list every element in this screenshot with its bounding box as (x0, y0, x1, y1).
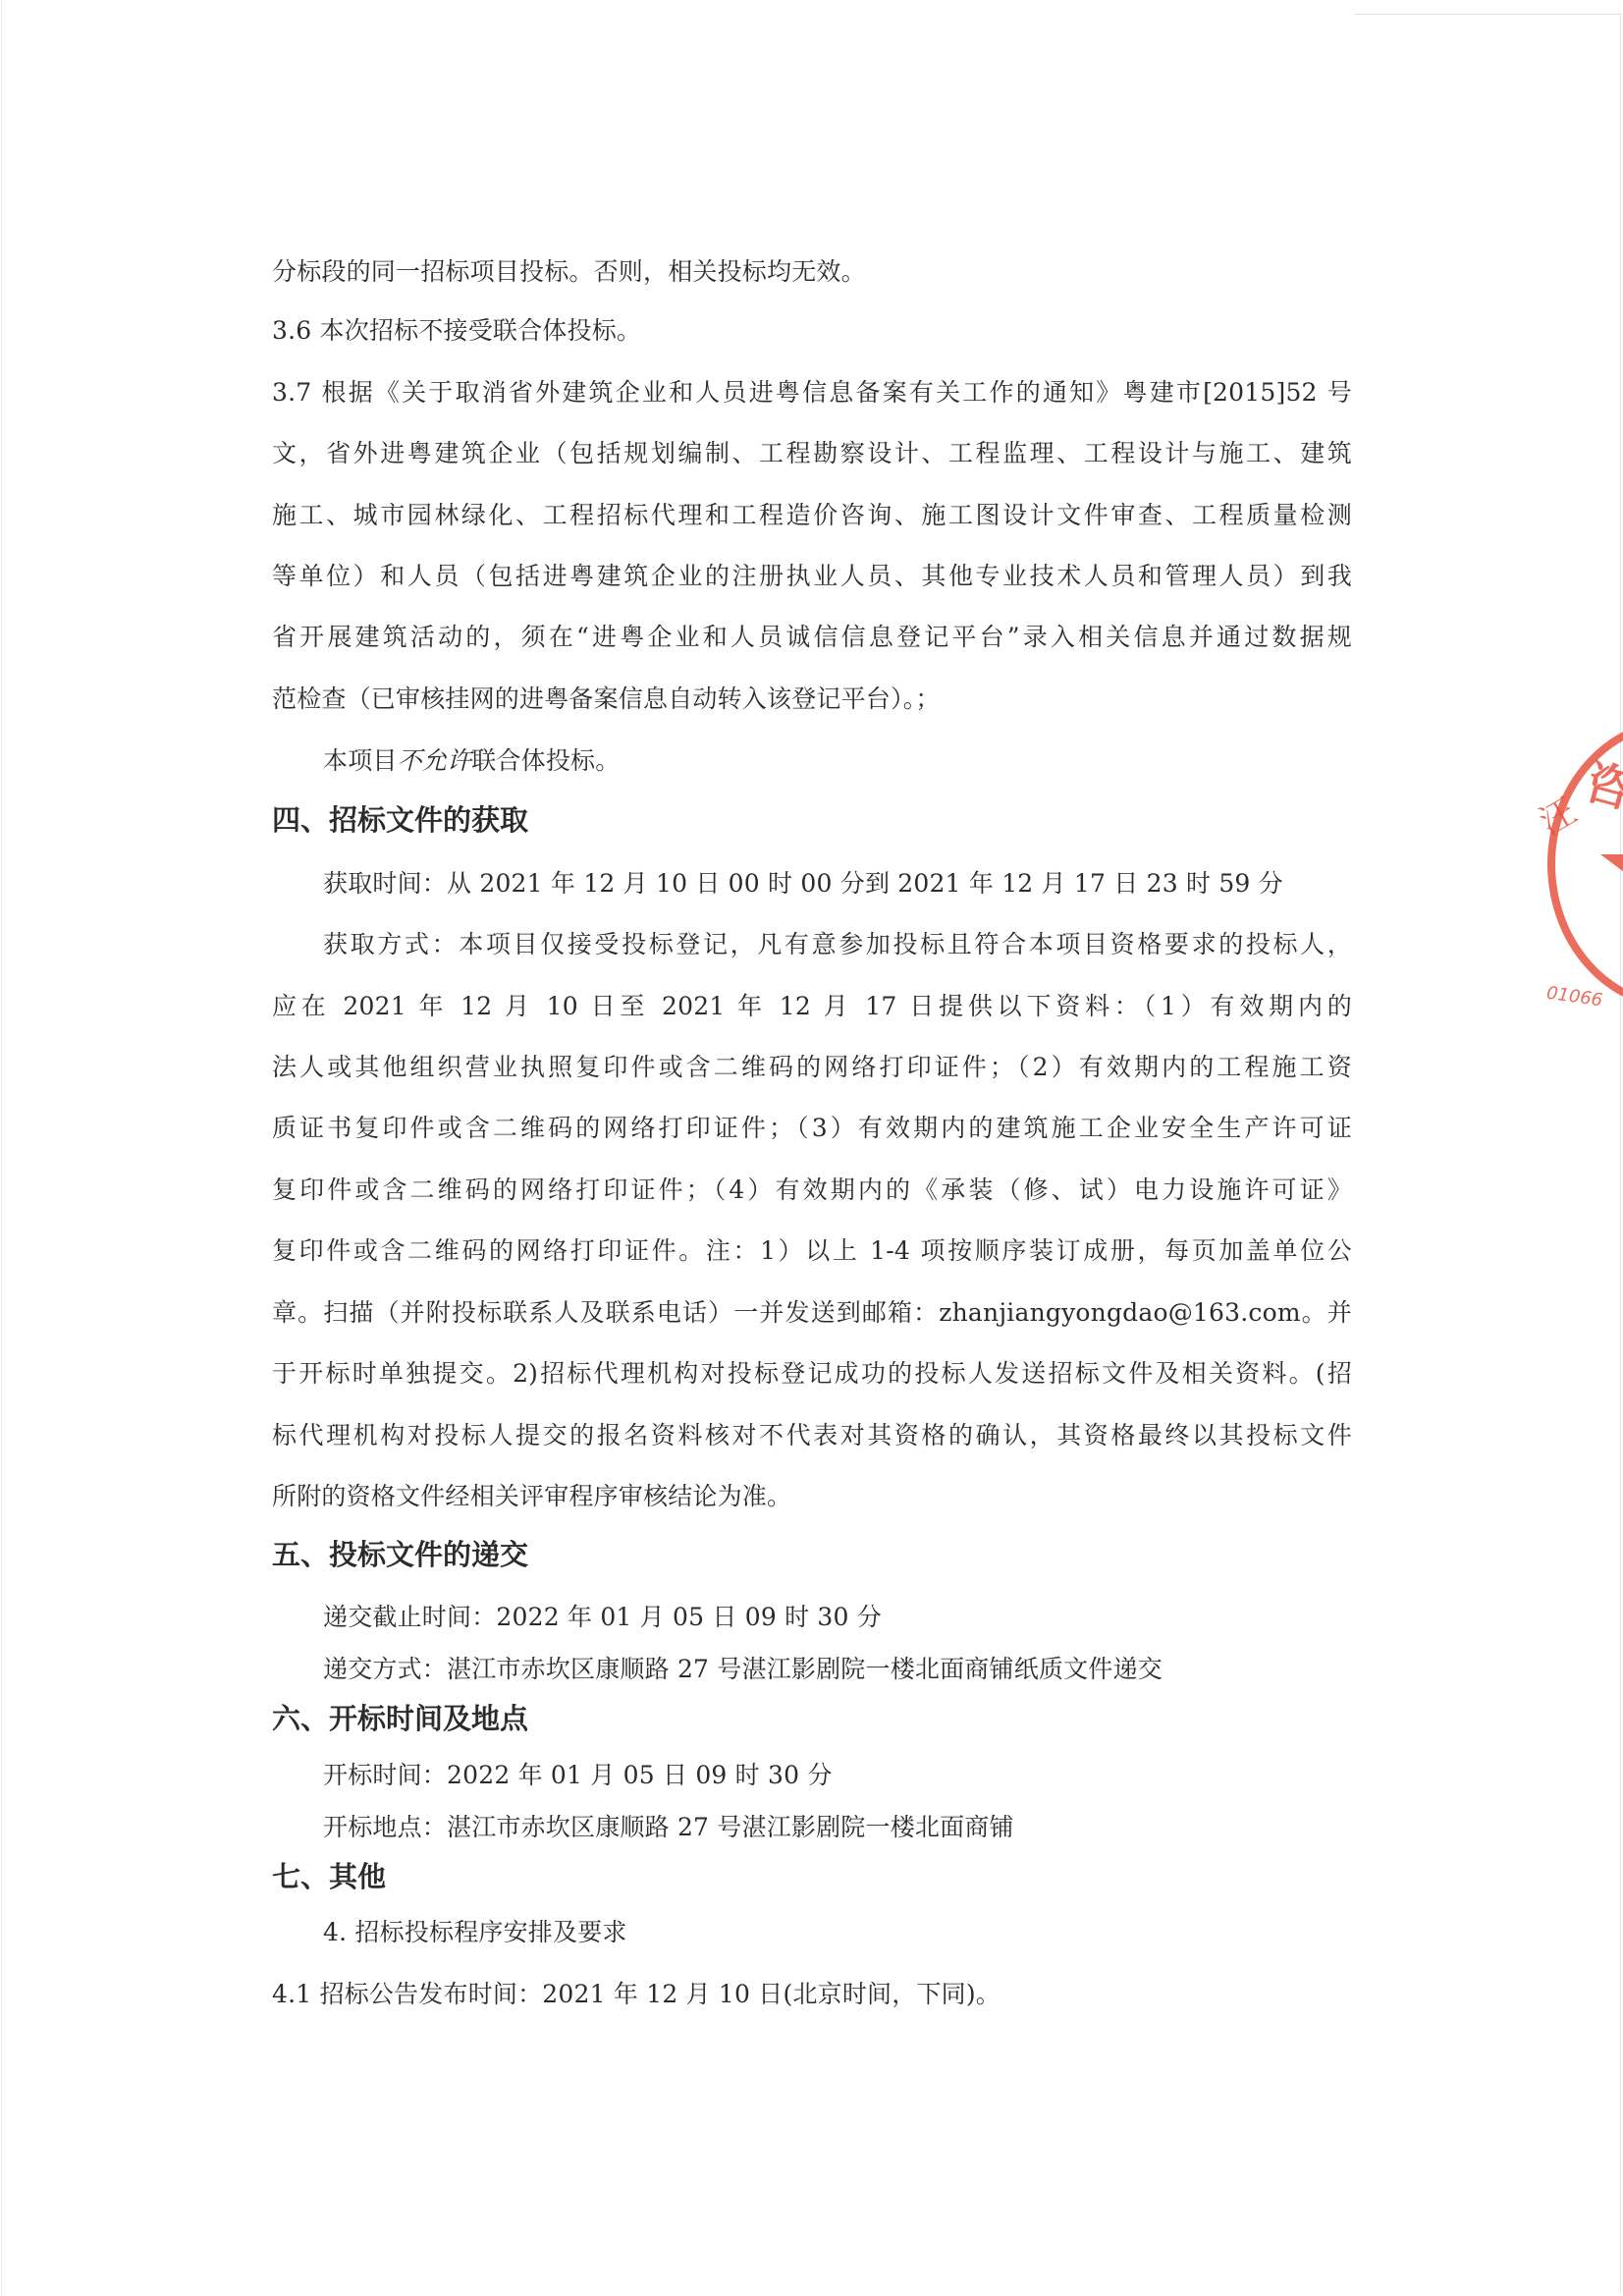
text-line: 标代理机构对投标人提交的报名资料核对不代表对其资格的确认，其资格最终以其投标文件 (272, 1421, 1352, 1450)
text-line: 复印件或含二维码的网络打印证件；（4）有效期内的《承装（修、试）电力设施许可证》 (272, 1175, 1352, 1205)
clause-3-7: 3.7 根据《关于取消省外建筑企业和人员进粤信息备案有关工作的通知》粤建市[20… (272, 378, 1352, 408)
statement-emphasis: 不允许 (398, 746, 472, 775)
clause-4-1: 4.1 招标公告发布时间：2021 年 12 月 10 日(北京时间，下同)。 (272, 1980, 1001, 2009)
section-7-heading: 七、其他 (272, 1860, 386, 1893)
statement-prefix: 本项目 (323, 746, 398, 775)
statement-suffix: 联合体投标。 (471, 746, 620, 775)
text-line: 所附的资格文件经相关评审程序审核结论为准。 (272, 1482, 791, 1511)
scan-edge-top (1355, 14, 1620, 15)
joint-bid-statement: 本项目不允许联合体投标。 (323, 746, 620, 776)
submission-deadline: 递交截止时间：2022 年 01 月 05 日 09 时 30 分 (323, 1603, 882, 1632)
acquisition-method: 获取方式：本项目仅接受投标登记，凡有意参加投标且符合本项目资格要求的投标人， (323, 930, 1352, 959)
acquisition-time: 获取时间：从 2021 年 12 月 10 日 00 时 00 分到 2021 … (323, 869, 1283, 899)
text-line: 应在 2021 年 12 月 10 日至 2021 年 12 月 17 日提供以… (272, 992, 1352, 1021)
seal-code: 01066 (1545, 983, 1604, 1011)
section-5-heading: 五、投标文件的递交 (272, 1538, 528, 1571)
opening-place: 开标地点：湛江市赤坎区康顺路 27 号湛江影剧院一楼北面商铺 (323, 1813, 1014, 1842)
text-line: 分标段的同一招标项目投标。否则，相关投标均无效。 (272, 257, 866, 287)
scan-edge-left (1, 0, 2, 2296)
submission-method: 递交方式：湛江市赤坎区康顺路 27 号湛江影剧院一楼北面商铺纸质文件递交 (323, 1655, 1163, 1684)
clause-3-6: 3.6 本次招标不接受联合体投标。 (272, 316, 641, 346)
procedure-subheading: 4. 招标投标程序安排及要求 (323, 1918, 627, 1947)
company-seal-stamp: 咨 汪 01066 (1532, 707, 1623, 1021)
opening-time: 开标时间：2022 年 01 月 05 日 09 时 30 分 (323, 1761, 833, 1790)
text-line: 省开展建筑活动的，须在“进粤企业和人员诚信信息登记平台”录入相关信息并通过数据规 (272, 623, 1352, 652)
text-line: 复印件或含二维码的网络打印证件。注：1）以上 1-4 项按顺序装订成册，每页加盖… (272, 1236, 1352, 1266)
text-line: 文，省外进粤建筑企业（包括规划编制、工程勘察设计、工程监理、工程设计与施工、建筑 (272, 439, 1352, 468)
scan-edge-right (1620, 14, 1621, 2292)
section-4-heading: 四、招标文件的获取 (272, 803, 528, 837)
text-line: 法人或其他组织营业执照复印件或含二维码的网络打印证件；（2）有效期内的工程施工资 (272, 1053, 1352, 1082)
text-line: 质证书复印件或含二维码的网络打印证件；（3）有效期内的建筑施工企业安全生产许可证 (272, 1114, 1352, 1143)
section-6-heading: 六、开标时间及地点 (272, 1702, 528, 1735)
text-line: 等单位）和人员（包括进粤建筑企业的注册执业人员、其他专业技术人员和管理人员）到我 (272, 562, 1352, 591)
seal-star-icon (1600, 800, 1623, 938)
email-line: 章。扫描（并附投标联系人及联系电话）一并发送到邮箱：zhanjiangyongd… (272, 1298, 1352, 1328)
text-line: 施工、城市园林绿化、工程招标代理和工程造价咨询、施工图设计文件审查、工程质量检测 (272, 501, 1352, 530)
text-line: 范检查（已审核挂网的进粤备案信息自动转入该登记平台）。； (272, 684, 941, 714)
text-line: 于开标时单独提交。2)招标代理机构对投标登记成功的投标人发送招标文件及相关资料。… (272, 1359, 1352, 1389)
seal-char-partial: 汪 (1533, 791, 1584, 844)
